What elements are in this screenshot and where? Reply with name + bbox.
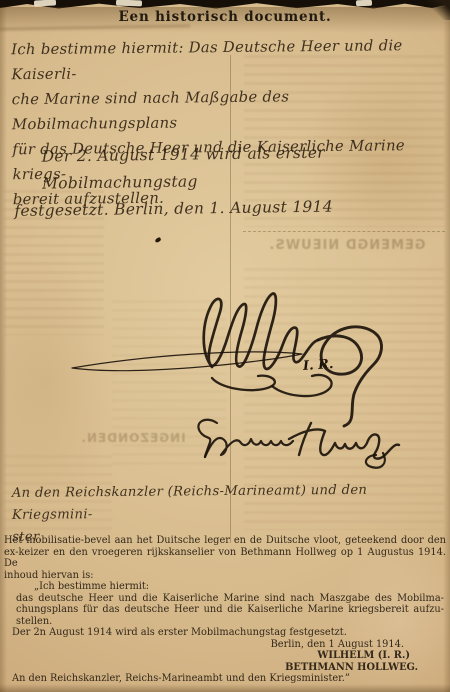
caption-address-line: An den Reichskanzler, Reichs-Marineambt … — [12, 673, 446, 685]
dashed-rule — [243, 231, 445, 232]
bethmann-hollweg-signature — [183, 413, 418, 471]
page-edge-shadow — [0, 684, 450, 692]
printed-caption: Het mobilisatie-bevel aan het Duitsche l… — [4, 535, 446, 685]
caption-quote-line: „Ich bestimme hiermit: — [34, 581, 446, 593]
wilhelm-signature-suffix: I. R. — [303, 357, 334, 374]
caption-line: stellen. — [16, 616, 444, 628]
handwritten-line: Ich bestimme hiermit: Das Deutsche Heer … — [11, 33, 445, 88]
bleedthrough-headline-mirrored: GEMENGD NIEUWS. — [252, 238, 442, 253]
caption-signature-bethmann: BETHMANN HOLLWEG. — [4, 662, 446, 674]
article-headline: Een historisch document. — [0, 9, 450, 25]
paper-tear — [34, 0, 56, 7]
caption-line: ex-keizer en den vroegeren rijkskanselie… — [4, 547, 446, 570]
caption-date-line: Berlin, den 1 August 1914. — [4, 639, 446, 651]
caption-line: Het mobilisatie-bevel aan het Duitsche l… — [4, 535, 446, 547]
wilhelm-signature — [62, 282, 392, 430]
caption-line: inhoud hiervan is: — [4, 570, 446, 582]
handwritten-line: Der 2. August 1914 wird als erster Mobil… — [41, 138, 444, 198]
caption-signature-wilhelm: WILHELM (I. R.) — [4, 650, 446, 662]
caption-line: Der 2n August 1914 wird als erster Mobil… — [12, 627, 446, 639]
caption-line: chungsplans für das deutsche Heer und di… — [16, 604, 444, 616]
handwritten-line: che Marine sind nach Maßgabe des Mobilma… — [12, 83, 446, 138]
paper-tear — [356, 0, 372, 6]
ink-fleck — [154, 237, 161, 243]
handwritten-date-block: Der 2. August 1914 wird als erster Mobil… — [13, 138, 444, 225]
newspaper-clipping: GEMENGD NIEUWS. INGEZONDEN. Een historis… — [0, 0, 450, 692]
caption-line: das deutsche Heer und die Kaiserliche Ma… — [16, 593, 444, 605]
handwritten-line: An den Reichskanzler (Reichs-Marineamt) … — [12, 479, 446, 527]
paper-tear — [116, 0, 142, 6]
